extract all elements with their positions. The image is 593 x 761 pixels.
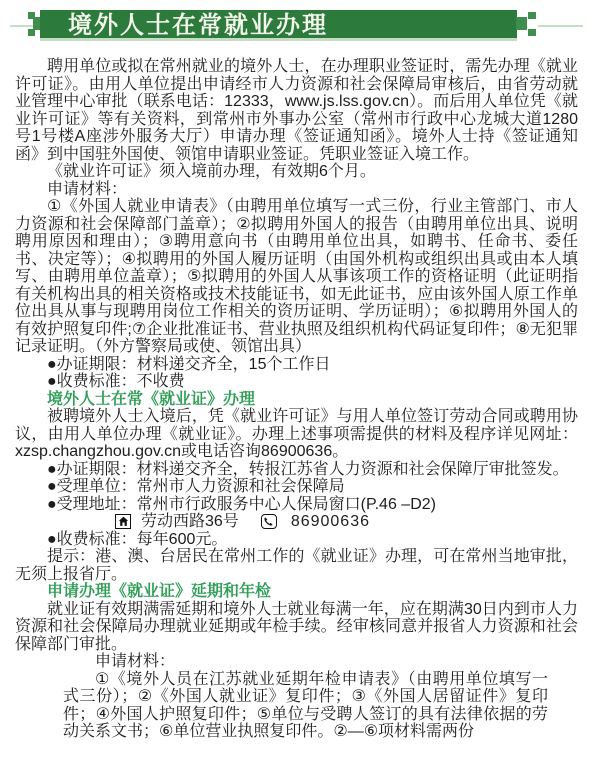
materials-label: 申请材料： — [15, 181, 578, 199]
address-bullet: ●受理地址：常州市行政服务中心人保局窗口(P.46 –D2) — [15, 496, 578, 514]
fee-bullet: ●收费标准：不收费 — [15, 373, 578, 391]
employment-card-paragraph: 被聘境外人士入境后，凭《就业许可证》与用人单位签订劳动合同或聘用协议，由用人单位… — [15, 408, 578, 461]
banner-accent-square — [528, 29, 536, 36]
banner-accent-square — [28, 29, 35, 36]
fee-bullet: ●收费标准：每年600元。 — [15, 531, 578, 549]
renewal-paragraph: 就业证有效期满需延期和境外人士就业每满一年，应在期满30日内到市人力资源和社会保… — [15, 601, 578, 654]
banner-accent-square — [528, 12, 536, 19]
deadline-bullet: ●办证期限：材料递交齐全，转报江苏省人力资源和社会保障厅审批签发。 — [15, 461, 578, 479]
contact-line: 劳动西路36号 86900636 — [15, 513, 578, 531]
section-heading-renewal: 申请办理《就业证》延期和年检 — [15, 583, 578, 601]
contact-phone-number: 86900636 — [291, 513, 370, 531]
intro-paragraph: 聘用单位或拟在常州就业的境外人士，在办理职业签证时，需先办理《就业许可证》。由用… — [15, 58, 578, 163]
validity-note: 《就业许可证》须入境前办理，有效期6个月。 — [15, 163, 578, 181]
materials-list: ①《境外人员在江苏就业延期年检申请表》（由聘用单位填写一式三份）；②《外国人就业… — [63, 671, 548, 741]
house-icon — [115, 514, 131, 529]
tip-paragraph: 提示：港、澳、台居民在常州工作的《就业证》办理，可在常州当地审批，无须上报省厅。 — [15, 548, 578, 583]
agency-bullet: ●受理单位：常州市人力资源和社会保障局 — [15, 478, 578, 496]
document-page: 境外人士在常就业办理 聘用单位或拟在常州就业的境外人士，在办理职业签证时，需先办… — [0, 0, 593, 761]
banner-accent-line-right — [538, 25, 583, 27]
renewal-materials-block: 申请材料： ①《境外人员在江苏就业延期年检申请表》（由聘用单位填写一式三份）；②… — [63, 653, 548, 741]
page-title: 境外人士在常就业办理 — [40, 10, 517, 41]
materials-label: 申请材料： — [63, 653, 548, 671]
materials-list: ①《外国人就业申请表》（由聘用单位填写一式三份，行业主管部门、市人力资源和社会保… — [15, 198, 578, 356]
banner-accent-square — [516, 17, 527, 30]
deadline-bullet: ●办证期限：材料递交齐全，15个工作日 — [15, 356, 578, 374]
contact-street: 劳动西路36号 — [141, 513, 239, 531]
phone-icon — [261, 514, 277, 529]
document-body: 聘用单位或拟在常州就业的境外人士，在办理职业签证时，需先办理《就业许可证》。由用… — [0, 58, 593, 741]
section-heading-employment-card: 境外人士在常《就业证》办理 — [15, 391, 578, 409]
header-banner: 境外人士在常就业办理 — [40, 10, 517, 41]
banner-accent-line-left — [10, 25, 34, 27]
